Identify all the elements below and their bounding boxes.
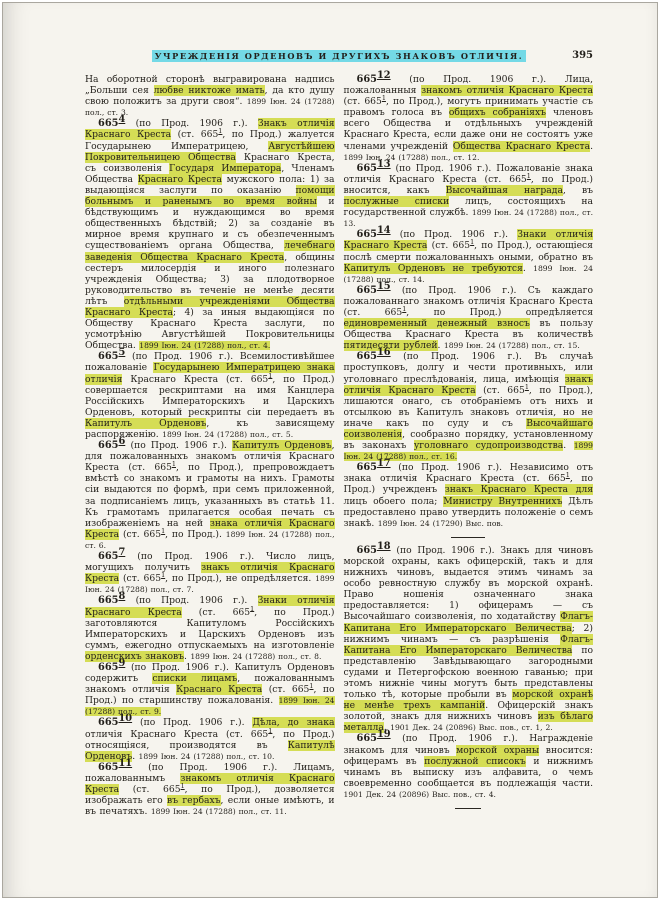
highlighted-text: Министру Внутреннихъ [443,496,562,507]
highlighted-text: Капитулъ Орденовъ не требуются [344,263,523,274]
page-number: 395 [572,50,593,61]
superscript-article-index: 10 [118,713,132,724]
highlighted-text: списки лицамъ [152,673,237,684]
article-paragraph: 66517 (по Прод. 1906 г.). Независимо отъ… [344,462,594,529]
article-paragraph: 6654 (по Прод. 1906 г.). Знакъ отличія К… [85,118,335,351]
body-text: . [590,141,593,152]
article-paragraph: 6659 (по Прод. 1906 г.). Капитулъ Ордено… [85,662,335,717]
body-text: (по Прод. 1906 г.). Знакъ для чиновъ мор… [344,545,594,623]
highlighted-text: морской охраны [456,745,539,756]
body-text: (ст. 665 [119,784,180,795]
citation-text: 1899 Іюн. 24 (17288) пол., ст. 15. [444,341,580,350]
citation-text: 1899 Іюн. 24 (17288) пол., ст. 4. [139,341,270,350]
body-text: лицъ обоего пола; [344,496,444,507]
body-text: 665 [357,229,377,240]
body-text: 665 [357,545,377,556]
article-paragraph: 66511 (по Прод. 1906 г.). Лицамъ, пожало… [85,762,335,817]
body-text: . [563,440,573,451]
highlighted-text: Дѣла, до знака [252,717,334,728]
body-text: 665 [98,440,118,451]
superscript-article-index: 16 [377,347,391,358]
highlighted-text: орденскихъ знаковъ [85,651,184,662]
highlighted-text: въ гербахъ [167,795,221,806]
article-paragraph: 66516 (по Прод. 1906 г.). Въ случаѣ прос… [344,351,594,462]
page-content: УЧРЕЖДЕНІЯ ОРДЕНОВЪ И ДРУГИХЪ ЗНАКОВЪ ОТ… [85,51,593,887]
body-text: 665 [357,462,377,473]
body-text: , по Прод.) опредѣляется [406,307,593,318]
article-paragraph: 66510 (по Прод. 1906 г.). Дѣла, до знака… [85,717,335,761]
section-divider [451,537,485,538]
article-paragraph: 66514 (по Прод. 1906 г.). Знаки отличія … [344,229,594,284]
superscript-article-index: 17 [377,458,391,469]
article-paragraph: 66519 (по Прод. 1906 г.). Награжденіе зн… [344,733,594,800]
body-text: (по Прод. 1906 г.). [125,440,232,451]
highlighted-text: послужной списокъ [424,756,526,767]
body-text: (по Прод. 1906 г.). [125,118,258,129]
highlighted-text: Краснаго Креста [138,174,222,185]
section-divider [455,808,481,809]
superscript-article-index: 19 [377,729,391,740]
body-text: 665 [357,351,377,362]
body-text: (ст. 665 [262,684,309,695]
highlighted-text: знакомъ отличія Краснаго Креста [421,85,593,96]
body-text: 665 [357,74,377,85]
superscript-article-index: 11 [118,758,132,769]
citation-text: 1899 Іюн. 24 (17288) пол., ст. 12. [344,153,480,162]
body-text: (ст. 665 [427,240,470,251]
article-paragraph: 66515 (по Прод. 1906 г.). Съ каждаго пож… [344,285,594,352]
highlighted-text: Капитулъ Орденовъ [232,440,331,451]
body-text: Краснаго Креста (ст. 665 [122,374,268,385]
superscript-article-index: 13 [377,159,391,170]
body-text: отличія Краснаго Креста (ст. 665 [85,729,268,740]
citation-text: 1901 Дек. 24 (20896) Выс. пов., ст. 1, 2… [390,723,553,732]
article-paragraph: 66513 (по Прод. 1906 г.). Пожалованіе зн… [344,163,594,230]
running-header: УЧРЕЖДЕНІЯ ОРДЕНОВЪ И ДРУГИХЪ ЗНАКОВЪ ОТ… [85,51,593,65]
citation-text: 1899 Іюн. 24 (17290) Выс. пов. [378,519,503,528]
highlighted-text: знакъ Краснаго Креста для [445,484,593,495]
body-text: 665 [357,733,377,744]
body-text: 665 [98,595,118,606]
body-text: (по Прод. 1906 г.). [391,229,518,240]
body-text: (ст. 665 [476,385,525,396]
body-text: 665 [98,662,118,673]
body-text: 665 [98,717,118,728]
citation-text: 1899 Іюн. 24 (17288) пол., ст. 11. [151,807,287,816]
highlighted-text: любве никтоже имать [154,85,265,96]
highlighted-text: послужные списки [344,196,450,207]
body-text: . [523,263,533,274]
body-text: 665 [98,551,118,562]
superscript-article-index: 14 [377,225,391,236]
highlighted-text: Государя Императора [169,163,281,174]
highlighted-text: Высочайшая награда [446,185,563,196]
body-text: , по Прод.), не опредѣляется. [165,573,315,584]
body-text: (по Прод. 1906 г.). [125,595,257,606]
running-header-title: УЧРЕЖДЕНІЯ ОРДЕНОВЪ И ДРУГИХЪ ЗНАКОВЪ ОТ… [85,51,593,61]
superscript-article-index: 18 [377,541,391,552]
highlighted-text: Краснаго Креста [176,684,262,695]
body-text: 665 [357,163,377,174]
column-left: На оборотной сторонѣ выгравирована надпи… [85,74,335,817]
body-text: , въ [563,185,593,196]
citation-text: 1899 Іюн. 24 (17288) пол., ст. 10. [139,752,275,761]
scanned-book-page: УЧРЕЖДЕНІЯ ОРДЕНОВЪ И ДРУГИХЪ ЗНАКОВЪ ОТ… [2,2,658,898]
body-text: 665 [98,351,118,362]
body-text: , по Прод.). [165,529,226,540]
article-paragraph: 6658 (по Прод. 1906 г.). Знаки отличія К… [85,595,335,662]
article-paragraph: На оборотной сторонѣ выгравирована надпи… [85,74,335,118]
highlighted-text: уголовнаго судопроизводства [414,440,563,451]
article-paragraph: 6656 (по Прод. 1906 г.). Капитулъ Ордено… [85,440,335,551]
column-right: 66512 (по Прод. 1906 г.). Лица, пожалова… [344,74,594,816]
citation-text: 1899 Іюн. 24 (17288) пол., ст. 8. [190,652,321,661]
body-text: (по Прод. 1906 г.). [132,717,252,728]
highlighted-text: Капитулъ Орденовъ [85,418,206,429]
article-paragraph: 66512 (по Прод. 1906 г.). Лица, пожалова… [344,74,594,163]
body-text: (ст. 665 [182,607,250,618]
highlighted-text: единовременный денежный взносъ [344,318,530,329]
body-text: 665 [357,285,377,296]
article-paragraph: 66518 (по Прод. 1906 г.). Знакъ для чино… [344,545,594,734]
article-paragraph: 6655 (по Прод. 1906 г.). Всемилостивѣйше… [85,351,335,440]
highlighted-text: Общества Краснаго Креста [453,141,590,152]
superscript-article-index: 15 [377,281,391,292]
body-text: (ст. 665 [119,573,161,584]
body-text: (ст. 665 [171,129,218,140]
citation-text: 1899 Іюн. 24 (17288) пол., ст. 5. [162,430,293,439]
superscript-article-index: 12 [377,70,391,81]
highlighted-text: общихъ собраніяхъ [449,107,546,118]
two-column-text: На оборотной сторонѣ выгравирована надпи… [85,74,593,817]
body-text: 665 [98,762,118,773]
header-highlight: УЧРЕЖДЕНІЯ ОРДЕНОВЪ И ДРУГИХЪ ЗНАКОВЪ ОТ… [152,50,526,62]
article-paragraph: 6657 (по Прод. 1906 г.). Число лицъ, мог… [85,551,335,595]
body-text: (ст. 665 [119,529,161,540]
body-text: 665 [98,118,118,129]
citation-text: 1901 Дек. 24 (20896) Выс. пов., ст. 4. [344,790,496,799]
body-text: (ст. 665 [344,96,382,107]
